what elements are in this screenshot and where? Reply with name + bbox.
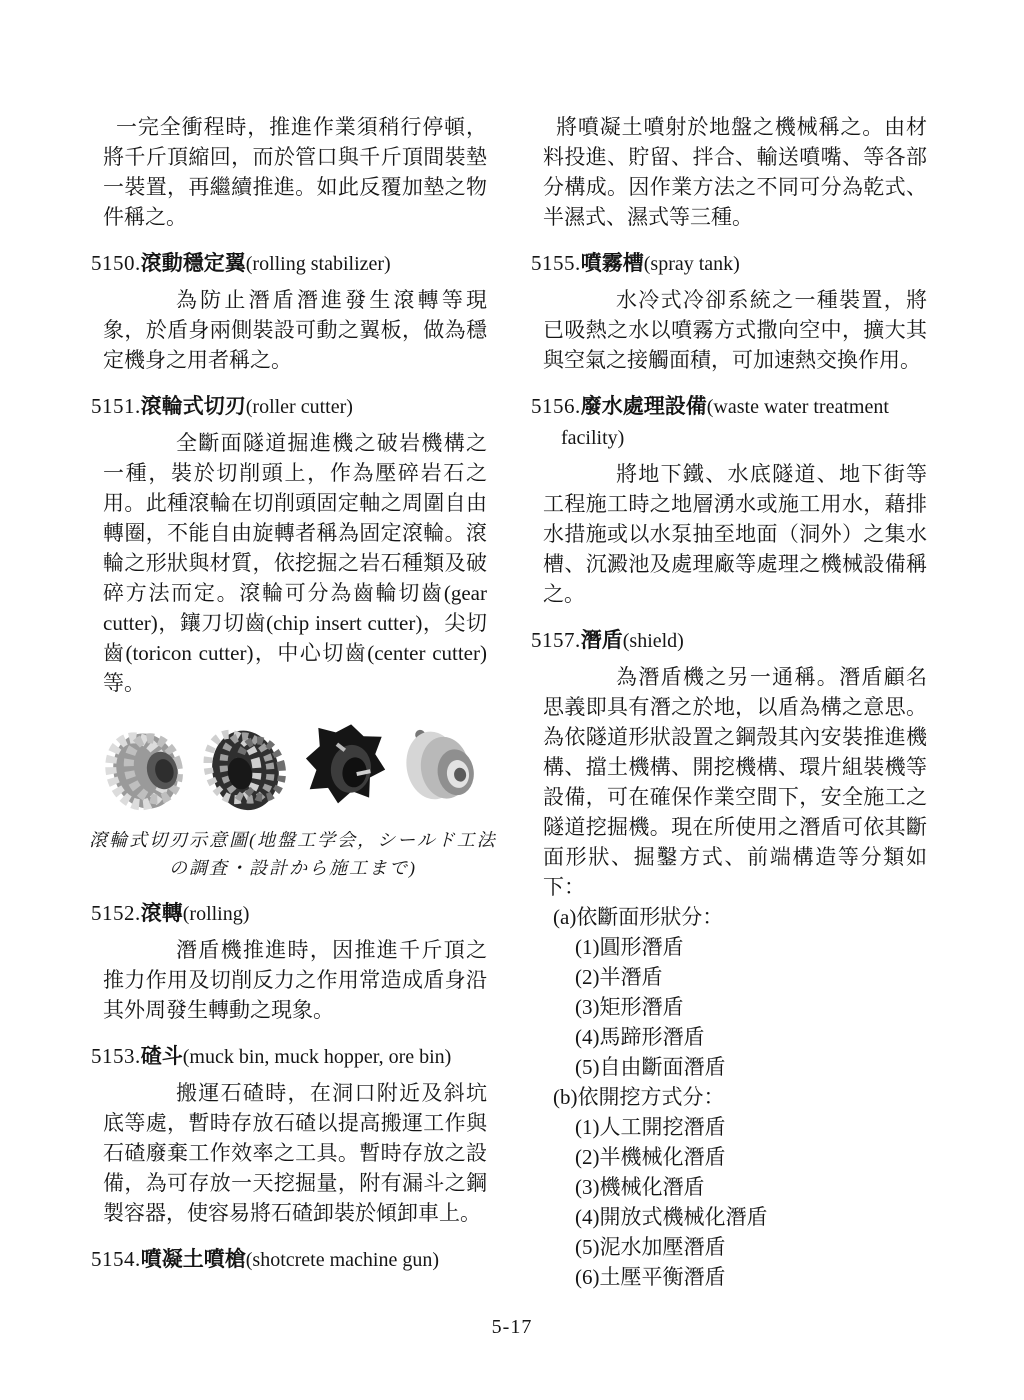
entry-heading-5152: 5152.滾轉(rolling) [91, 898, 501, 929]
entry-term: 噴霧槽 [581, 251, 644, 275]
list-item: (2)半機械化潛盾 [575, 1142, 941, 1172]
entry-definition-5153: 搬運石碴時，在洞口附近及斜坑底等處，暫時存放石碴以提高搬運工作與石碴廢棄工作效率… [103, 1078, 487, 1228]
entry-heading-5155: 5155.噴霧槽(spray tank) [531, 248, 941, 279]
entry-definition-5152: 潛盾機推進時，因推進千斤頂之推力作用及切削反力之作用常造成盾身沿其外周發生轉動之… [103, 935, 487, 1025]
entry-term-english: (roller cutter) [246, 396, 353, 418]
entry-term-english: (spray tank) [644, 253, 740, 275]
continuation-paragraph-left: 一完全衝程時，推進作業須稍行停頓，將千斤頂縮回，而於管口與千斤頂間裝墊一裝置，再… [103, 112, 487, 232]
entry-term: 碴斗 [141, 1044, 183, 1068]
entry-heading-5154: 5154.噴凝土噴槍(shotcrete machine gun) [91, 1244, 501, 1275]
list-item: (3)矩形潛盾 [575, 992, 941, 1022]
entry-definition-5150: 為防止潛盾潛進發生滾轉等現象，於盾身兩側裝設可動之翼板，做為穩定機身之用者稱之。 [103, 285, 487, 375]
figure-caption: 滾輪式切刃示意圖(地盤工学会，シールド工法の調査・設計から施工まで) [88, 826, 498, 882]
page-number: 5-17 [0, 1316, 1024, 1339]
entry-heading-5157: 5157.潛盾(shield) [531, 625, 941, 656]
entry-number: 5155. [531, 251, 581, 275]
classification-group-a-label: (a)依斷面形狀分： [553, 902, 941, 932]
entry-term: 滾動穩定翼 [141, 251, 246, 275]
entry-term: 潛盾 [581, 628, 623, 652]
entry-definition-5155: 水冷式冷卻系統之一種裝置，將已吸熱之水以噴霧方式撒向空中，擴大其與空氣之接觸面積… [543, 285, 927, 375]
entry-heading-5151: 5151.滾輪式切刃(roller cutter) [91, 391, 501, 422]
list-item: (5)泥水加壓潛盾 [575, 1232, 941, 1262]
entry-term: 廢水處理設備 [581, 394, 707, 418]
entry-term-english: (shotcrete machine gun) [246, 1249, 439, 1271]
roller-cutter-photo-strip [105, 718, 487, 818]
list-item: (4)馬蹄形潛盾 [575, 1022, 941, 1052]
list-item: (1)圓形潛盾 [575, 932, 941, 962]
entry-term-english: (shield) [623, 630, 684, 652]
entry-term: 滾轉 [141, 901, 183, 925]
glossary-page: 一完全衝程時，推進作業須稍行停頓，將千斤頂縮回，而於管口與千斤頂間裝墊一裝置，再… [0, 0, 1024, 1400]
roller-cutter-figure: 滾輪式切刃示意圖(地盤工学会，シールド工法の調査・設計から施工まで) [91, 718, 501, 882]
entry-heading-5150: 5150.滾動穩定翼(rolling stabilizer) [91, 248, 501, 279]
left-column: 一完全衝程時，推進作業須稍行停頓，將千斤頂縮回，而於管口與千斤頂間裝墊一裝置，再… [91, 112, 501, 1281]
gear-cutter-photo [105, 718, 193, 818]
entry-number: 5154. [91, 1247, 141, 1271]
classification-group-a-items: (1)圓形潛盾 (2)半潛盾 (3)矩形潛盾 (4)馬蹄形潛盾 (5)自由斷面潛… [531, 932, 941, 1082]
entry-number: 5150. [91, 251, 141, 275]
chip-insert-cutter-photo [203, 718, 291, 818]
entry-term-english: (rolling stabilizer) [246, 253, 391, 275]
entry-term-english: (muck bin, muck hopper, ore bin) [183, 1046, 452, 1068]
entry-term: 噴凝土噴槍 [141, 1247, 246, 1271]
entry-term: 滾輪式切刃 [141, 394, 246, 418]
continuation-paragraph-right: 將噴凝土噴射於地盤之機械稱之。由材料投進、貯留、拌合、輸送噴嘴、等各部分構成。因… [543, 112, 927, 232]
list-item: (4)開放式機械化潛盾 [575, 1202, 941, 1232]
entry-number: 5153. [91, 1044, 141, 1068]
right-column: 將噴凝土噴射於地盤之機械稱之。由材料投進、貯留、拌合、輸送噴嘴、等各部分構成。因… [531, 112, 941, 1292]
center-cutter-photo [399, 718, 487, 818]
entry-heading-5153: 5153.碴斗(muck bin, muck hopper, ore bin) [91, 1041, 501, 1072]
entry-number: 5152. [91, 901, 141, 925]
list-item: (5)自由斷面潛盾 [575, 1052, 941, 1082]
list-item: (6)土壓平衡潛盾 [575, 1262, 941, 1292]
entry-term-english: (rolling) [183, 903, 250, 925]
toricon-cutter-photo [301, 718, 389, 818]
list-item: (2)半潛盾 [575, 962, 941, 992]
entry-definition-5151: 全斷面隧道掘進機之破岩機構之一種，裝於切削頭上，作為壓碎岩石之用。此種滾輪在切削… [103, 428, 487, 698]
list-item: (1)人工開挖潛盾 [575, 1112, 941, 1142]
entry-definition-5157: 為潛盾機之另一通稱。潛盾顧名思義即具有潛之於地，以盾為構之意思。為依隧道形狀設置… [543, 662, 927, 902]
list-item: (3)機械化潛盾 [575, 1172, 941, 1202]
shield-classification: (a)依斷面形狀分： (1)圓形潛盾 (2)半潛盾 (3)矩形潛盾 (4)馬蹄形… [531, 902, 941, 1292]
classification-group-b-items: (1)人工開挖潛盾 (2)半機械化潛盾 (3)機械化潛盾 (4)開放式機械化潛盾… [531, 1112, 941, 1292]
entry-number: 5156. [531, 394, 581, 418]
entry-number: 5157. [531, 628, 581, 652]
entry-number: 5151. [91, 394, 141, 418]
classification-group-b-label: (b)依開挖方式分： [553, 1082, 941, 1112]
entry-definition-5156: 將地下鐵、水底隧道、地下街等工程施工時之地層湧水或施工用水，藉排水措施或以水泵抽… [543, 459, 927, 609]
entry-heading-5156: 5156.廢水處理設備(waste water treatment facili… [531, 391, 941, 453]
